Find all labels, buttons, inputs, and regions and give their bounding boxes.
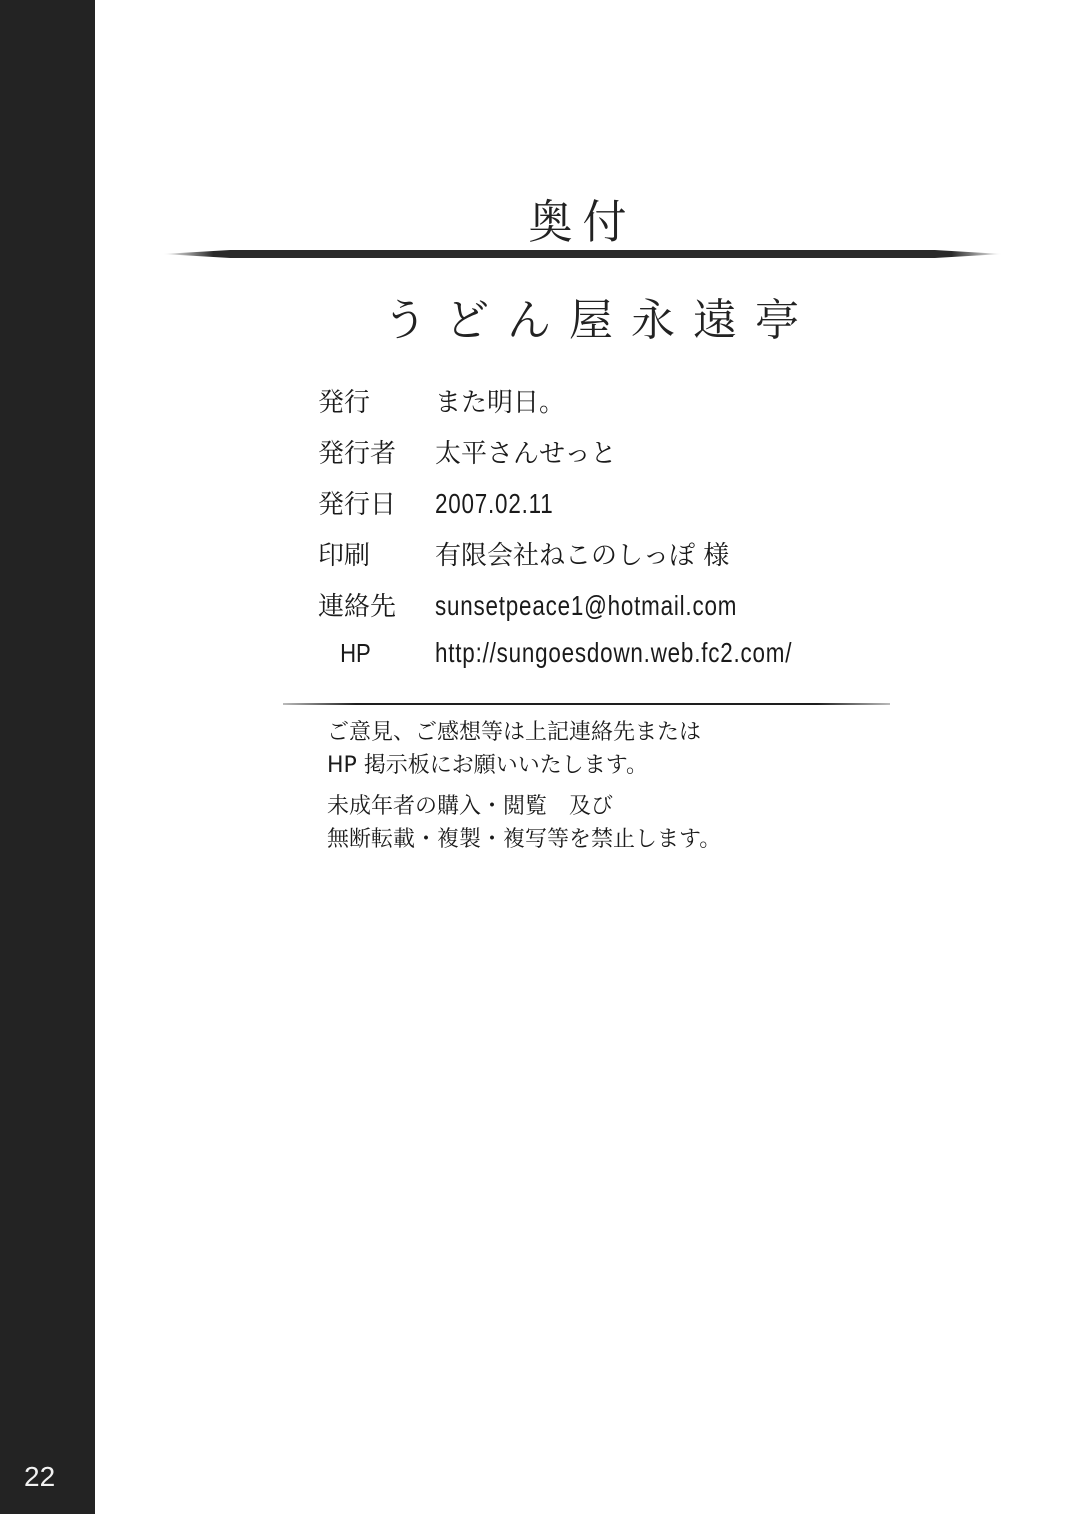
info-row-contact: 連絡先 sunsetpeace1@hotmail.com xyxy=(318,586,882,637)
title-divider xyxy=(163,250,1002,258)
info-value: 2007.02.11 xyxy=(435,488,553,520)
info-label: 印刷 xyxy=(318,535,435,572)
info-label: 発行者 xyxy=(318,433,435,470)
circle-name: うどん屋永遠亭 xyxy=(0,284,1070,348)
info-label: 発行 xyxy=(318,382,435,419)
colophon-title: 奥付 xyxy=(0,184,1070,251)
info-row-printer: 印刷 有限会社ねこのしっぽ 様 xyxy=(318,535,882,586)
info-value: 太平さんせっと xyxy=(435,433,616,470)
page-number: 22 xyxy=(24,1461,55,1493)
info-label: 発行日 xyxy=(318,484,435,521)
contact-email: sunsetpeace1@hotmail.com xyxy=(435,590,737,622)
notes-divider xyxy=(283,703,890,705)
note-line: ご意見、ご感想等は上記連絡先または xyxy=(327,716,721,749)
info-value: また明日。 xyxy=(435,382,565,419)
info-row-homepage: HP http://sungoesdown.web.fc2.com/ xyxy=(318,637,882,688)
info-value: 有限会社ねこのしっぽ 様 xyxy=(435,535,729,572)
info-row-publisher: 発行 また明日。 xyxy=(318,382,882,433)
info-row-issuer: 発行者 太平さんせっと xyxy=(318,433,882,484)
notes: ご意見、ご感想等は上記連絡先または HP 掲示板にお願いいたします。 未成年者の… xyxy=(327,716,721,864)
restriction-note: 未成年者の購入・閲覧 及び 無断転載・複製・複写等を禁止します。 xyxy=(327,790,721,856)
feedback-note: ご意見、ご感想等は上記連絡先または HP 掲示板にお願いいたします。 xyxy=(327,716,721,782)
note-line: 未成年者の購入・閲覧 及び xyxy=(327,790,721,823)
homepage-url: http://sungoesdown.web.fc2.com/ xyxy=(435,637,792,669)
note-line: HP 掲示板にお願いいたします。 xyxy=(327,749,721,782)
info-row-date: 発行日 2007.02.11 xyxy=(318,484,882,535)
info-label: HP xyxy=(318,638,417,669)
info-label: 連絡先 xyxy=(318,586,435,623)
note-line: 無断転載・複製・複写等を禁止します。 xyxy=(327,823,721,856)
info-table: 発行 また明日。 発行者 太平さんせっと 発行日 2007.02.11 印刷 有… xyxy=(318,382,882,688)
